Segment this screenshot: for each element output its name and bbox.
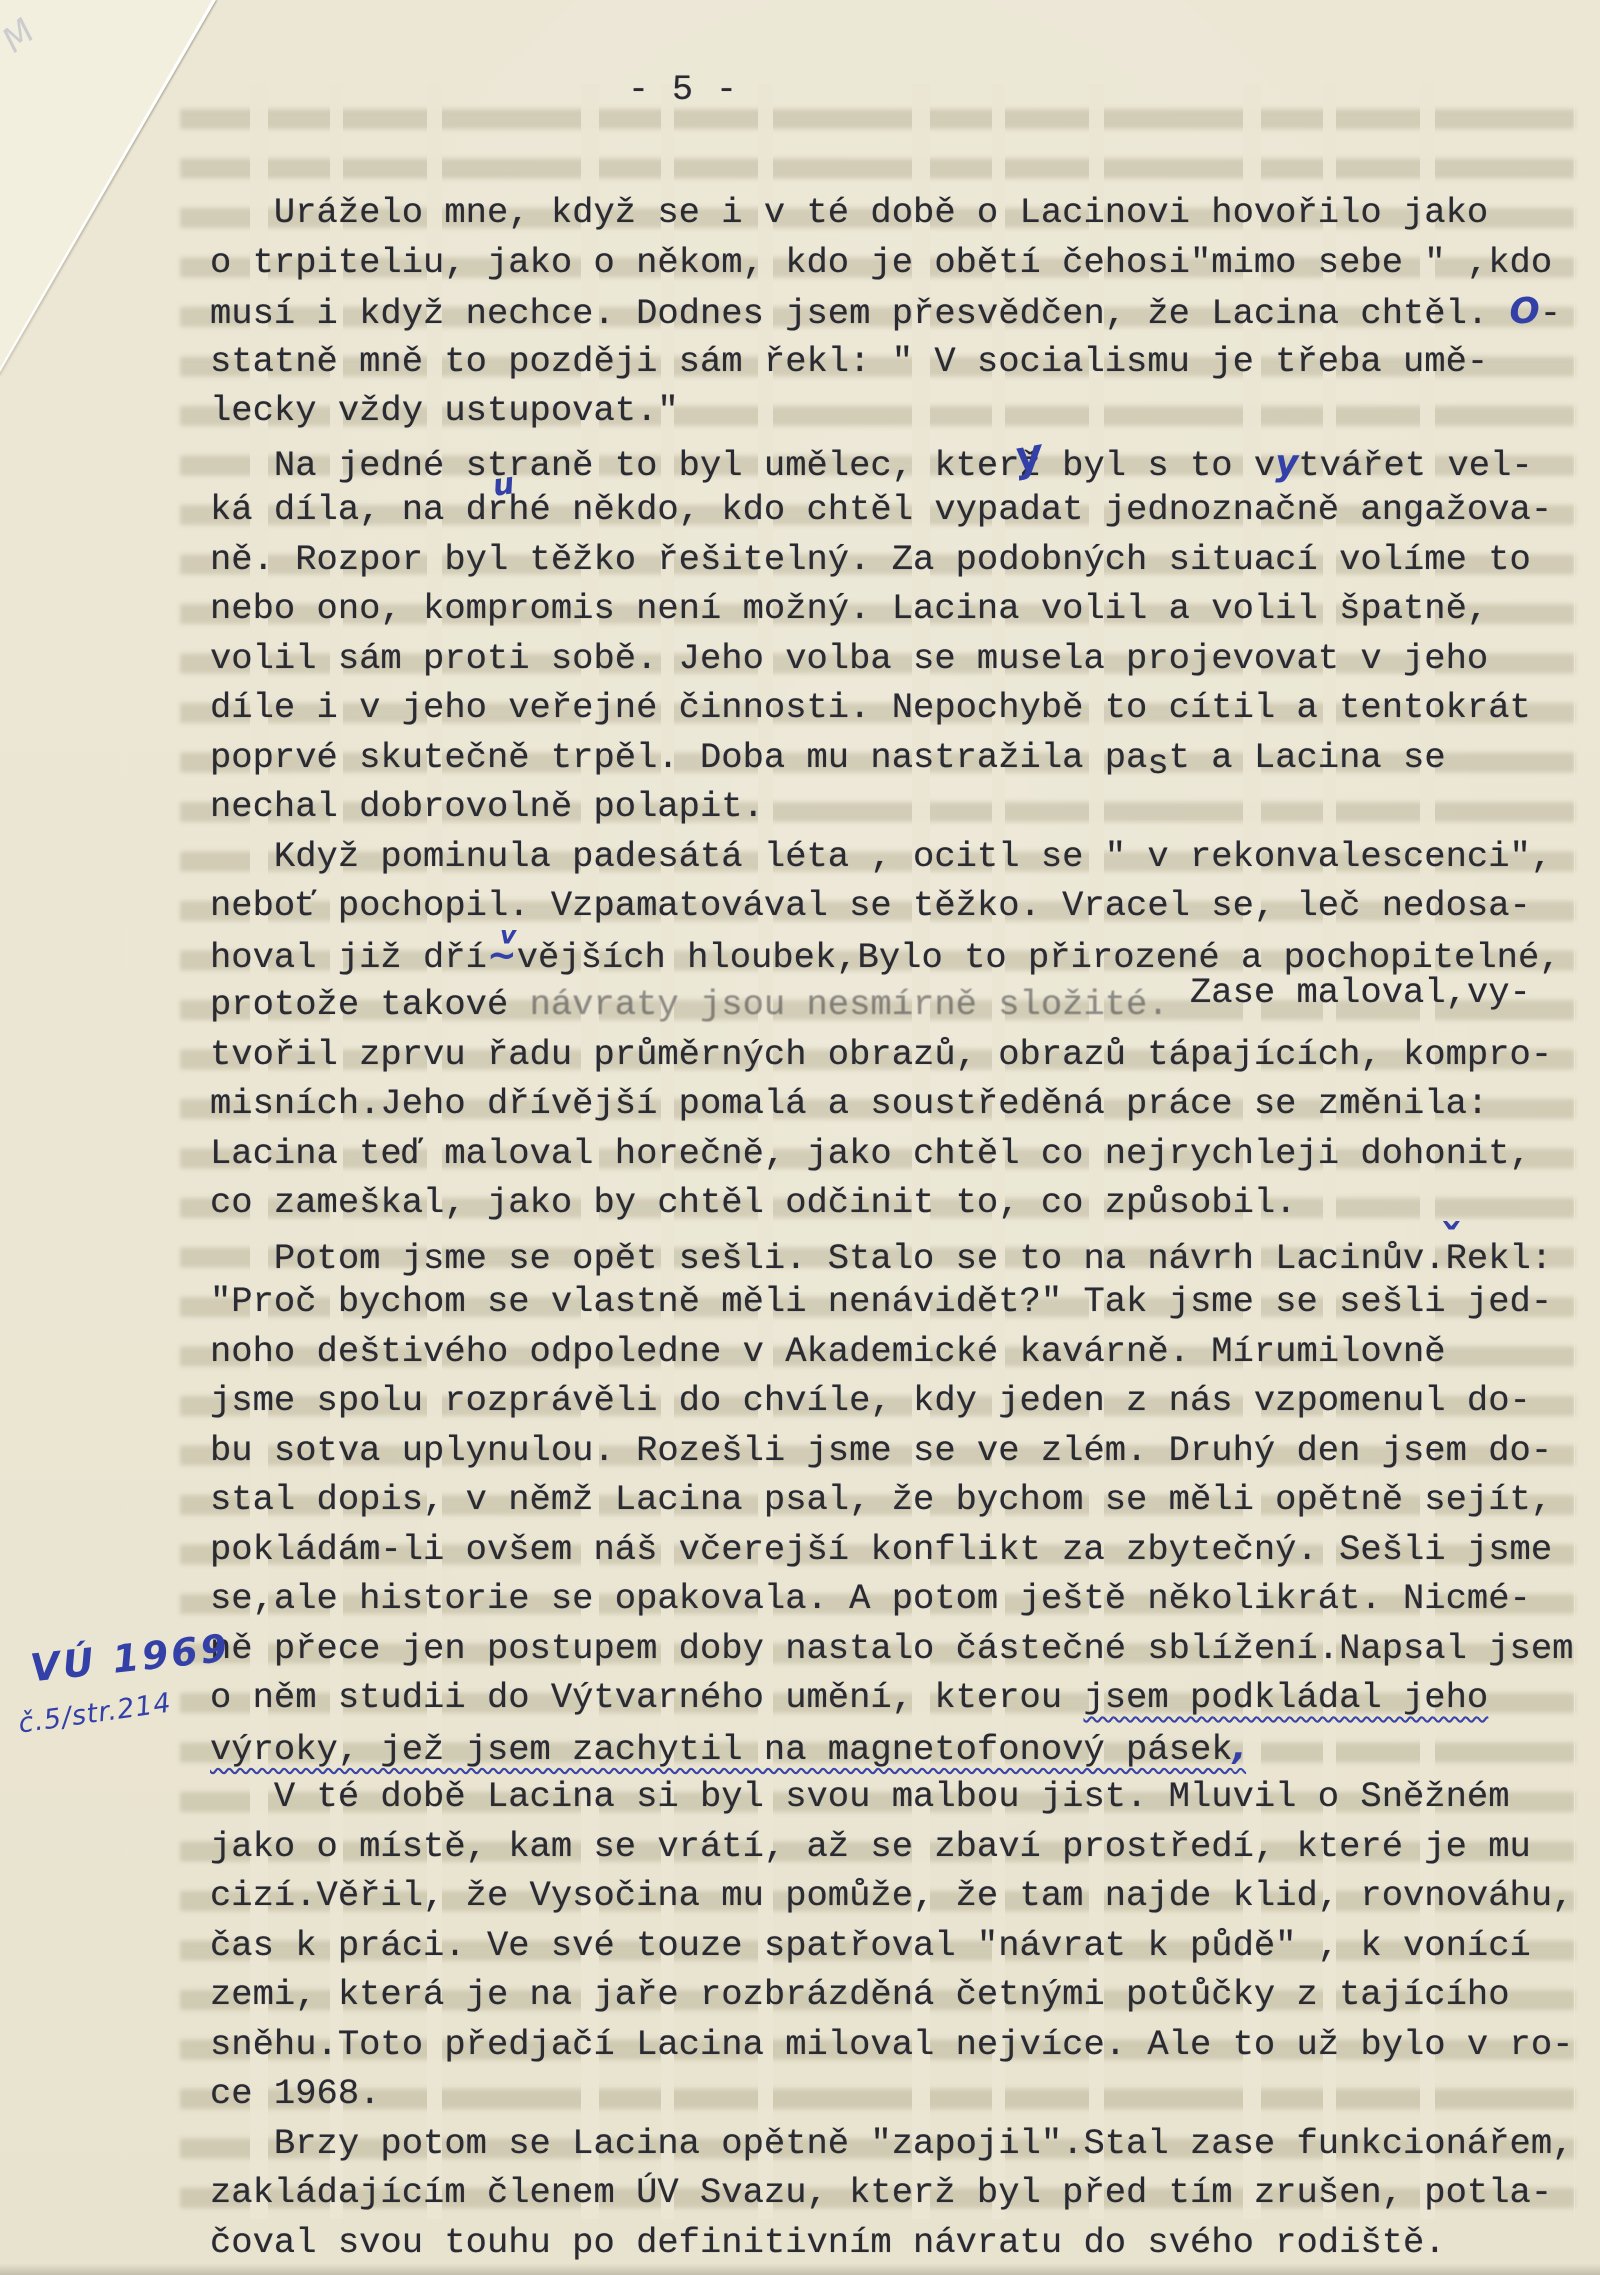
text-line: sněhu.Toto předjačí Lacina miloval nejví…: [210, 2020, 1600, 2070]
typed-segment: co zameškal, jako by chtěl odčinit to, c…: [210, 1182, 1296, 1223]
typed-segment: Potom jsme se opět sešli. Stalo se to na…: [210, 1238, 1467, 1279]
typed-segment: byl s to v: [1041, 445, 1275, 486]
typed-segment: tvořil zprvu řadu průměrných obrazů, obr…: [210, 1034, 1552, 1075]
text-line: nechal dobrovolně polapit.: [210, 782, 1600, 832]
typed-segment: tvářet vel-: [1298, 445, 1532, 486]
typed-segment: Uráželo mne, když se i v té době o Lacin…: [210, 192, 1488, 233]
typed-segment: pokládám-li ovšem náš včerejší konflikt …: [210, 1529, 1552, 1570]
typed-segment: se,ale historie se opakovala. A potom je…: [210, 1578, 1531, 1619]
corner-scribble: M: [0, 11, 43, 61]
typed-segment: volil sám proti sobě. Jeho volba se muse…: [210, 638, 1488, 679]
typed-segment: Brzy potom se Lacina opětně "zapojil".St…: [210, 2123, 1573, 2164]
text-line: musí i když nechce. Dodnes jsem přesvědč…: [210, 287, 1600, 337]
typed-segment: zakládajícím členem ÚV Svazu, kterž byl …: [210, 2172, 1552, 2213]
annotated-segment: s: [1147, 739, 1168, 789]
typed-segment: neboť pochopil. Vzpamatovával se těžko. …: [210, 885, 1531, 926]
text-line: tvořil zprvu řadu průměrných obrazů, obr…: [210, 1030, 1600, 1080]
text-line: co zameškal, jako by chtěl odčinit to, c…: [210, 1178, 1600, 1228]
typed-segment: V té době Lacina si byl svou malbou jist…: [210, 1776, 1510, 1817]
text-line: nebo ono, kompromis není možný. Lacina v…: [210, 584, 1600, 634]
document-page: - 5 - Uráželo mne, když se i v té době o…: [0, 0, 1600, 2275]
typed-segment: jako o místě, kam se vrátí, až se zbaví …: [210, 1826, 1531, 1867]
typed-segment: Když pominula padesátá léta , ocitl se "…: [210, 836, 1552, 877]
text-line: volil sám proti sobě. Jeho volba se muse…: [210, 634, 1600, 684]
typed-segment: čoval svou touhu po definitivním návratu…: [210, 2222, 1446, 2263]
text-line: ce 1968.: [210, 2069, 1600, 2119]
text-line: zakládajícím členem ÚV Svazu, kterž byl …: [210, 2168, 1600, 2218]
annotated-segment: výroky, jež jsem zachytil na magnetofono…: [210, 1729, 1233, 1770]
annotated-segment: y: [1275, 443, 1298, 484]
text-line: ně. Rozpor byl těžko řešitelný. Za podob…: [210, 535, 1600, 585]
text-line: čas k práci. Ve své touze spatřoval "náv…: [210, 1921, 1600, 1971]
scanned-typescript-page: { "page": { "number_label": "- 5 -", "ma…: [0, 0, 1600, 2275]
typed-segment: statně mně to později sám řekl: " V soci…: [210, 341, 1488, 382]
text-line: pokládám-li ovšem náš včerejší konflikt …: [210, 1525, 1600, 1575]
typed-segment: musí i když nechce. Dodnes jsem přesvědč…: [210, 293, 1510, 334]
typewritten-text: Uráželo mne, když se i v té době o Lacin…: [210, 188, 1600, 2267]
text-line: výroky, jež jsem zachytil na magnetofono…: [210, 1723, 1600, 1773]
typed-segment: ce 1968.: [210, 2073, 380, 2114]
typed-segment: poprvé skutečně trpěl. Doba mu nastražil…: [210, 737, 1147, 778]
text-line: misních.Jeho dřívější pomalá a soustředě…: [210, 1079, 1600, 1129]
typed-segment: Lacina teď maloval horečně, jako chtěl c…: [210, 1133, 1531, 1174]
annotated-segment: jsem podkládal jeho: [1083, 1677, 1488, 1718]
text-line: bu sotva uplynulou. Rozešli jsme se ve z…: [210, 1426, 1600, 1476]
text-line: stal dopis, v němž Lacina psal, že bycho…: [210, 1475, 1600, 1525]
text-line: jsme spolu rozprávěli do chvíle, kdy jed…: [210, 1376, 1600, 1426]
typed-segment: stal dopis, v němž Lacina psal, že bycho…: [210, 1479, 1552, 1520]
page-number: - 5 -: [628, 70, 738, 110]
typed-segment: cizí.Věřil, že Vysočina mu pomůže, že ta…: [210, 1875, 1573, 1916]
text-line: Uráželo mne, když se i v té době o Lacin…: [210, 188, 1600, 238]
text-line: ká díla, na druhé někdo, kdo chtěl vypad…: [210, 485, 1600, 535]
text-line: Když pominula padesátá léta , ocitl se "…: [210, 832, 1600, 882]
typed-segment: protože takové: [210, 984, 530, 1025]
text-line: se,ale historie se opakovala. A potom je…: [210, 1574, 1600, 1624]
typed-segment: zemi, která je na jaře rozbrázděná četný…: [210, 1974, 1510, 2015]
text-line: Potom jsme se opět sešli. Stalo se to na…: [210, 1228, 1600, 1278]
annotated-segment: Zase maloval,vy-: [1169, 968, 1531, 1018]
typed-segment: t a Lacina se: [1169, 737, 1446, 778]
typed-segment: díle i v jeho veřejné činnosti. Nepochyb…: [210, 687, 1531, 728]
typed-segment: ká díla, na dr: [210, 489, 508, 530]
margin-note-reference: č.5/str.214: [17, 1687, 174, 1739]
annotated-segment: návraty jsou nesmírně složité.: [530, 984, 1169, 1025]
annotated-segment: ,: [1233, 1727, 1247, 1768]
text-line: statně mně to později sám řekl: " V soci…: [210, 337, 1600, 387]
typed-segment: hé někdo, kdo chtěl vypadat jednoznačně …: [508, 489, 1552, 530]
text-line: "Proč bychom se vlastně měli nenávidět?"…: [210, 1277, 1600, 1327]
text-line: jako o místě, kam se vrátí, až se zbaví …: [210, 1822, 1600, 1872]
typed-segment: sněhu.Toto předjačí Lacina miloval nejví…: [210, 2024, 1573, 2065]
text-line: čoval svou touhu po definitivním návratu…: [210, 2218, 1600, 2268]
text-line: Na jedné straně to byl umělec, kteržy by…: [210, 436, 1600, 486]
typed-segment: hoval již dří: [210, 937, 487, 978]
text-line: zemi, která je na jaře rozbrázděná četný…: [210, 1970, 1600, 2020]
text-line: o něm studii do Výtvarného umění, kterou…: [210, 1673, 1600, 1723]
text-line: neboť pochopil. Vzpamatovával se těžko. …: [210, 881, 1600, 931]
typed-segment: ně přece jen postupem doby nastalo částe…: [210, 1628, 1573, 1669]
text-line: díle i v jeho veřejné činnosti. Nepochyb…: [210, 683, 1600, 733]
text-line: cizí.Věřil, že Vysočina mu pomůže, že ta…: [210, 1871, 1600, 1921]
text-line: Brzy potom se Lacina opětně "zapojil".St…: [210, 2119, 1600, 2169]
typed-segment: o něm studii do Výtvarného umění, kterou: [210, 1677, 1083, 1718]
typed-segment: čas k práci. Ve své touze spatřoval "náv…: [210, 1925, 1531, 1966]
typed-segment: ně. Rozpor byl těžko řešitelný. Za podob…: [210, 539, 1531, 580]
typed-segment: nechal dobrovolně polapit.: [210, 786, 764, 827]
typed-segment: nebo ono, kompromis není možný. Lacina v…: [210, 588, 1488, 629]
text-line: lecky vždy ustupovat.": [210, 386, 1600, 436]
text-line: poprvé skutečně trpěl. Doba mu nastražil…: [210, 733, 1600, 783]
annotated-segment: O: [1510, 291, 1540, 332]
typed-segment: misních.Jeho dřívější pomalá a soustředě…: [210, 1083, 1488, 1124]
typed-segment: o trpiteliu, jako o někom, kdo je obětí …: [210, 242, 1552, 283]
text-line: V té době Lacina si byl svou malbou jist…: [210, 1772, 1600, 1822]
typed-segment: Na jedné straně to byl umělec, kterž: [210, 445, 1041, 486]
text-line: protože takové návraty jsou nesmírně slo…: [210, 980, 1600, 1030]
text-line: Lacina teď maloval horečně, jako chtěl c…: [210, 1129, 1600, 1179]
typed-segment: -: [1540, 293, 1561, 334]
typed-segment: "Proč bychom se vlastně měli nenávidět?"…: [210, 1281, 1552, 1322]
typed-segment: ekl:: [1467, 1238, 1552, 1279]
text-line: ně přece jen postupem doby nastalo částe…: [210, 1624, 1600, 1674]
typed-segment: bu sotva uplynulou. Rozešli jsme se ve z…: [210, 1430, 1552, 1471]
text-line: noho deštivého odpoledne v Akademické ka…: [210, 1327, 1600, 1377]
typed-segment: lecky vždy ustupovat.": [210, 390, 679, 431]
scan-bottom-edge: [0, 2263, 1600, 2275]
typed-segment: noho deštivého odpoledne v Akademické ka…: [210, 1331, 1446, 1372]
typed-segment: jsme spolu rozprávěli do chvíle, kdy jed…: [210, 1380, 1531, 1421]
text-line: o trpiteliu, jako o někom, kdo je obětí …: [210, 238, 1600, 288]
